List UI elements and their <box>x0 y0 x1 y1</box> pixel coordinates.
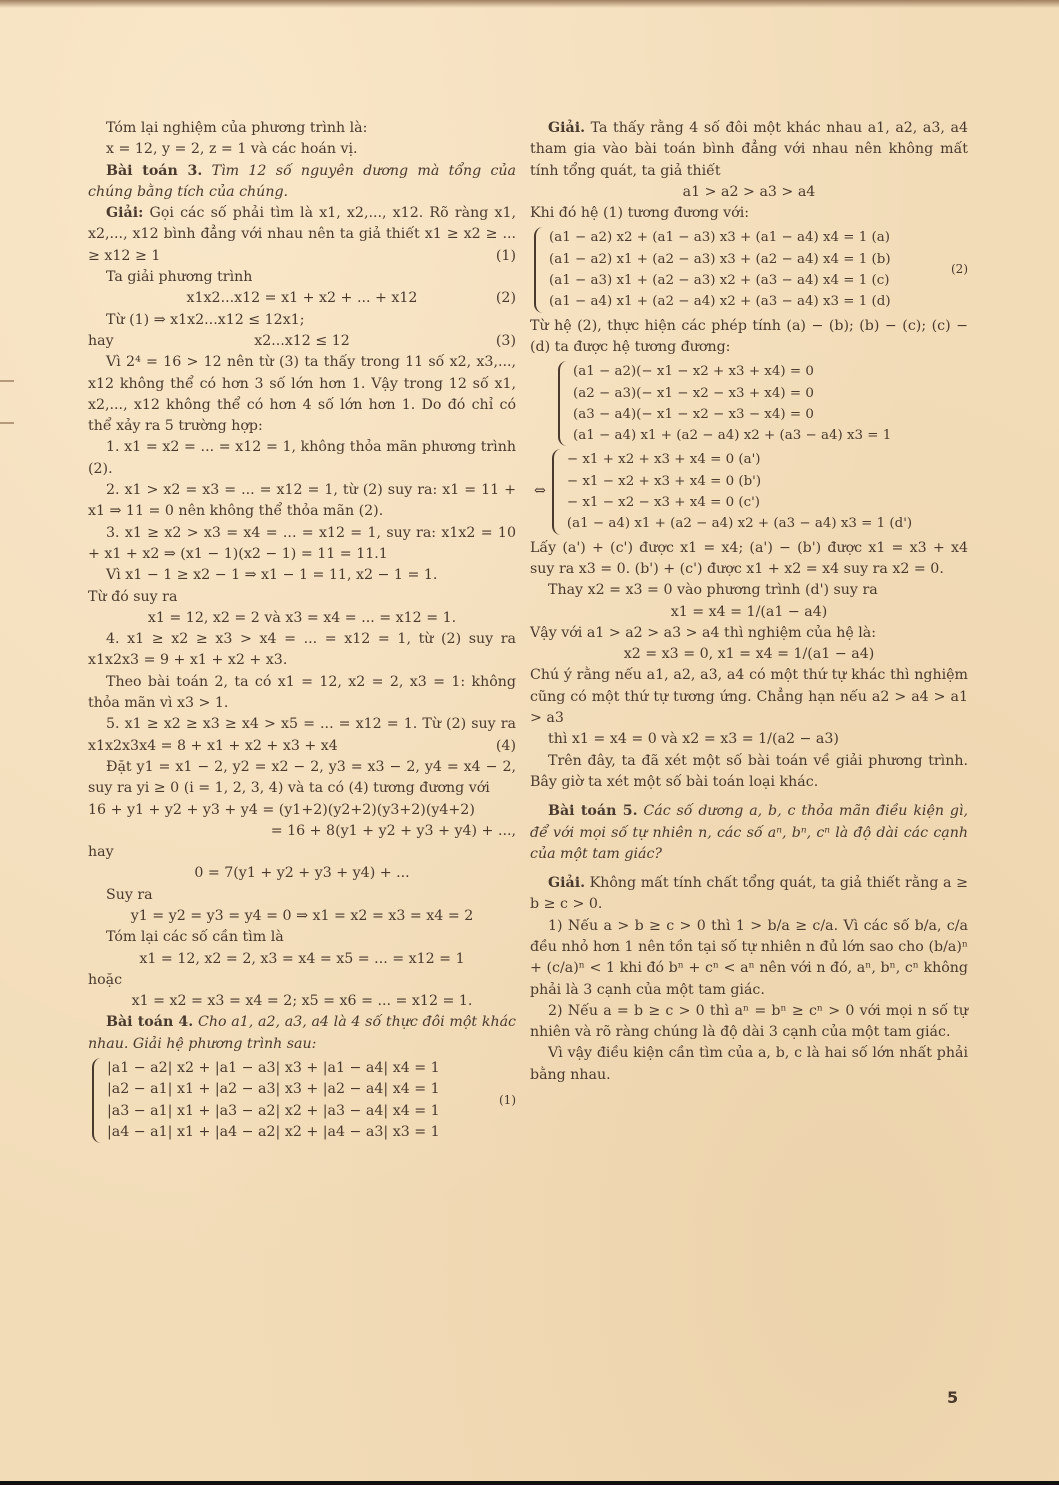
system-line: (a1 − a4) x1 + (a2 − a4) x2 + (a3 − a4) … <box>549 291 947 312</box>
case-3: 3. x1 ≥ x2 > x3 = x4 = ... = x12 = 1, su… <box>88 523 516 566</box>
scan-top-shadow <box>0 0 1059 8</box>
solution-paragraph: Giải. Không mất tính chất tổng quát, ta … <box>530 873 968 916</box>
paragraph: Theo bài toán 2, ta có x1 = 12, x2 = 2, … <box>88 672 516 715</box>
system-line: (a1 − a2) x2 + (a1 − a3) x3 + (a1 − a4) … <box>549 227 947 248</box>
equation-system: |a1 − a2| x2 + |a1 − a3| x3 + |a1 − a4| … <box>92 1058 516 1143</box>
system-line: |a2 − a1| x1 + |a2 − a3| x3 + |a2 − a4| … <box>107 1079 495 1100</box>
case-1: 1. x1 = x2 = ... = x12 = 1, không thỏa m… <box>88 437 516 480</box>
solution-heading: Giải: <box>106 205 143 221</box>
brace-icon <box>92 1058 101 1143</box>
equation-number: (2) <box>951 259 968 280</box>
equation-number: (2) <box>496 288 516 309</box>
brace-icon <box>558 361 567 446</box>
scan-margin-mark <box>0 380 14 424</box>
paragraph: 1) Nếu a > b ≥ c > 0 thì 1 > b/a ≥ c/a. … <box>530 916 968 1001</box>
page-number: 5 <box>947 1388 958 1407</box>
paragraph: Vì vậy điều kiện cần tìm của a, b, c là … <box>530 1043 968 1086</box>
system-line: − x1 + x2 + x3 + x4 = 0 (a') <box>567 449 968 470</box>
paragraph: Từ hệ (2), thực hiện các phép tính (a) −… <box>530 316 968 359</box>
equation: = 16 + 8(y1 + y2 + y3 + y4) + ..., <box>88 821 516 842</box>
solution-text: Ta thấy rằng 4 số đôi một khác nhau a1, … <box>530 120 968 179</box>
solution-text: Gọi các số phải tìm là x1, x2,..., x12. … <box>88 205 516 264</box>
paragraph: 2) Nếu a = b ≥ c > 0 thì aⁿ = bⁿ ≥ cⁿ > … <box>530 1001 968 1044</box>
equation: y1 = y2 = y3 = y4 = 0 ⇒ x1 = x2 = x3 = x… <box>88 906 516 927</box>
paragraph: hoặc <box>88 970 516 991</box>
problem-3-statement: Bài toán 3. Tìm 12 số nguyên dương mà tổ… <box>88 161 516 204</box>
equation: x1 = x2 = x3 = x4 = 2; x5 = x6 = ... = x… <box>88 991 516 1012</box>
equation-number: (1) <box>478 246 516 267</box>
brace-icon <box>534 227 543 312</box>
solution-paragraph: Giải: Gọi các số phải tìm là x1, x2,...,… <box>88 203 516 267</box>
system-line: (a1 − a2) x1 + (a2 − a3) x3 + (a2 − a4) … <box>549 249 947 270</box>
paragraph: Đặt y1 = x1 − 2, y2 = x2 − 2, y3 = x3 − … <box>88 757 516 800</box>
system-line: |a4 − a1| x1 + |a4 − a2| x2 + |a4 − a3| … <box>107 1122 495 1143</box>
problem-5-statement: Bài toán 5. Các số dương a, b, c thỏa mã… <box>530 801 968 865</box>
solution-heading: Giải. <box>548 875 585 891</box>
system-line: (a1 − a4) x1 + (a2 − a4) x2 + (a3 − a4) … <box>567 513 968 534</box>
solution-heading: Giải. <box>548 120 585 136</box>
system-line: (a1 − a2)(− x1 − x2 + x3 + x4) = 0 <box>573 361 968 382</box>
equation-body: x1x2...x12 = x1 + x2 + ... + x12 <box>187 290 418 306</box>
paragraph: Khi đó hệ (1) tương đương với: <box>530 203 968 224</box>
equation: x1x2...x12 = x1 + x2 + ... + x12(2) <box>88 288 516 309</box>
solution-paragraph: Giải. Ta thấy rằng 4 số đôi một khác nha… <box>530 118 968 182</box>
equation-system: (a1 − a2) x2 + (a1 − a3) x3 + (a1 − a4) … <box>534 227 968 312</box>
equation: x1 = 12, x2 = 2 và x3 = x4 = ... = x12 =… <box>88 608 516 629</box>
paragraph: Tóm lại các số cần tìm là <box>88 927 516 948</box>
system-line: (a2 − a3)(− x1 − x2 − x3 + x4) = 0 <box>573 383 968 404</box>
equation-number: (1) <box>499 1090 516 1111</box>
system-line: − x1 − x2 + x3 + x4 = 0 (b') <box>567 471 968 492</box>
case-5: 5. x1 ≥ x2 ≥ x3 ≥ x4 > x5 = ... = x12 = … <box>88 714 516 757</box>
equation: hayx2...x12 ≤ 12(3) <box>88 331 516 352</box>
system-line: − x1 − x2 − x3 + x4 = 0 (c') <box>567 492 968 513</box>
paragraph: Vì x1 − 1 ≥ x2 − 1 ⇒ x1 − 1 = 11, x2 − 1… <box>88 565 516 586</box>
equation: x1 = 12, x2 = 2, x3 = x4 = x5 = ... = x1… <box>88 949 516 970</box>
paragraph: Tóm lại nghiệm của phương trình là: <box>88 118 516 139</box>
case-text: 5. x1 ≥ x2 ≥ x3 ≥ x4 > x5 = ... = x12 = … <box>88 716 516 753</box>
problem-heading: Bài toán 4. <box>106 1014 193 1030</box>
equation-body: x2...x12 ≤ 12 <box>254 333 350 349</box>
paragraph: Ta giải phương trình <box>88 267 516 288</box>
system-line: |a1 − a2| x2 + |a1 − a3| x3 + |a1 − a4| … <box>107 1058 495 1079</box>
paragraph: Vậy với a1 > a2 > a3 > a4 thì nghiệm của… <box>530 623 968 644</box>
paragraph: Lấy (a') + (c') được x1 = x4; (a') − (b'… <box>530 538 968 581</box>
equation: a1 > a2 > a3 > a4 <box>530 182 968 203</box>
right-column: Giải. Ta thấy rằng 4 số đôi một khác nha… <box>530 118 968 1086</box>
equation-system: (a1 − a2)(− x1 − x2 + x3 + x4) = 0 (a2 −… <box>558 361 968 446</box>
case-2: 2. x1 > x2 = x3 = ... = x12 = 1, từ (2) … <box>88 480 516 523</box>
equation-label: hay <box>88 331 114 352</box>
paragraph: Thay x2 = x3 = 0 vào phương trình (d') s… <box>530 580 968 601</box>
paragraph: x = 12, y = 2, z = 1 và các hoán vị. <box>88 139 516 160</box>
equation: x2 = x3 = 0, x1 = x4 = 1/(a1 − a4) <box>530 644 968 665</box>
equation: 16 + y1 + y2 + y3 + y4 = (y1+2)(y2+2)(y3… <box>88 800 516 821</box>
equation-system: ⇔ − x1 + x2 + x3 + x4 = 0 (a') − x1 − x2… <box>534 449 968 534</box>
paragraph: Từ đó suy ra <box>88 587 516 608</box>
system-line: (a1 − a3) x1 + (a2 − a3) x2 + (a3 − a4) … <box>549 270 947 291</box>
equation: 0 = 7(y1 + y2 + y3 + y4) + ... <box>88 863 516 884</box>
paragraph: thì x1 = x4 = 0 và x2 = x3 = 1/(a2 − a3) <box>530 729 968 750</box>
paragraph: Suy ra <box>88 885 516 906</box>
system-line: (a3 − a4)(− x1 − x2 − x3 − x4) = 0 <box>573 404 968 425</box>
equivalence-arrow-icon: ⇔ <box>534 481 546 502</box>
paragraph: Chú ý rằng nếu a1, a2, a3, a4 có một thứ… <box>530 665 968 729</box>
equation-number: (3) <box>496 331 516 352</box>
system-line: |a3 − a1| x1 + |a3 − a2| x2 + |a3 − a4| … <box>107 1101 495 1122</box>
left-column: Tóm lại nghiệm của phương trình là: x = … <box>88 118 516 1146</box>
scan-bottom-edge <box>0 1481 1059 1485</box>
system-line: (a1 − a4) x1 + (a2 − a4) x2 + (a3 − a4) … <box>573 425 968 446</box>
problem-4-statement: Bài toán 4. Cho a1, a2, a3, a4 là 4 số t… <box>88 1012 516 1055</box>
paragraph: hay <box>88 842 516 863</box>
problem-heading: Bài toán 3. <box>106 163 202 179</box>
brace-icon <box>552 449 561 534</box>
paragraph: Từ (1) ⇒ x1x2...x12 ≤ 12x1; <box>88 310 516 331</box>
paragraph: Vì 2⁴ = 16 > 12 nên từ (3) ta thấy trong… <box>88 352 516 437</box>
solution-text: Không mất tính chất tổng quát, ta giả th… <box>530 875 968 912</box>
problem-heading: Bài toán 5. <box>548 803 638 819</box>
equation-number: (4) <box>478 736 516 757</box>
case-4: 4. x1 ≥ x2 ≥ x3 > x4 = ... = x12 = 1, từ… <box>88 629 516 672</box>
paragraph: Trên đây, ta đã xét một số bài toán về g… <box>530 751 968 794</box>
equation: x1 = x4 = 1/(a1 − a4) <box>530 602 968 623</box>
